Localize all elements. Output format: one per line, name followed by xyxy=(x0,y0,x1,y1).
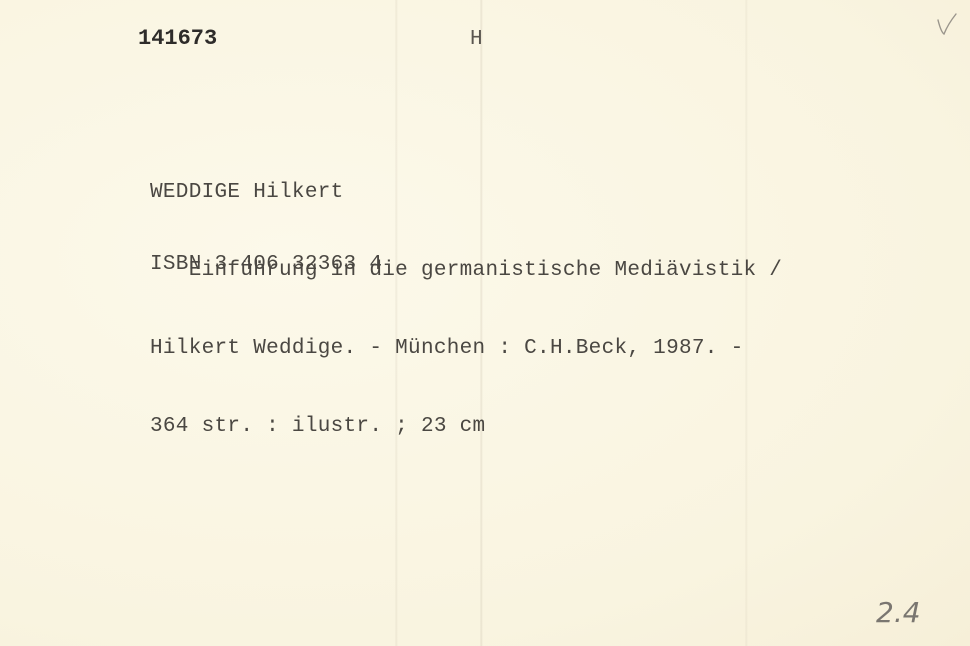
call-mark: H xyxy=(470,28,483,51)
entry-heading: WEDDIGE Hilkert xyxy=(150,180,782,206)
bibliographic-entry: WEDDIGE Hilkert Einführung in die german… xyxy=(150,128,782,492)
accession-number: 141673 xyxy=(138,26,217,51)
isbn: ISBN 3 406 32363 4 xyxy=(150,253,382,276)
catalog-card: 141673 H WEDDIGE Hilkert Einführung in d… xyxy=(0,0,970,646)
checkmark-icon xyxy=(932,10,962,40)
entry-physical-description: 364 str. : ilustr. ; 23 cm xyxy=(150,414,782,440)
handwritten-shelf-number: 2.4 xyxy=(876,596,921,629)
entry-publication: Hilkert Weddige. - München : C.H.Beck, 1… xyxy=(150,336,782,362)
